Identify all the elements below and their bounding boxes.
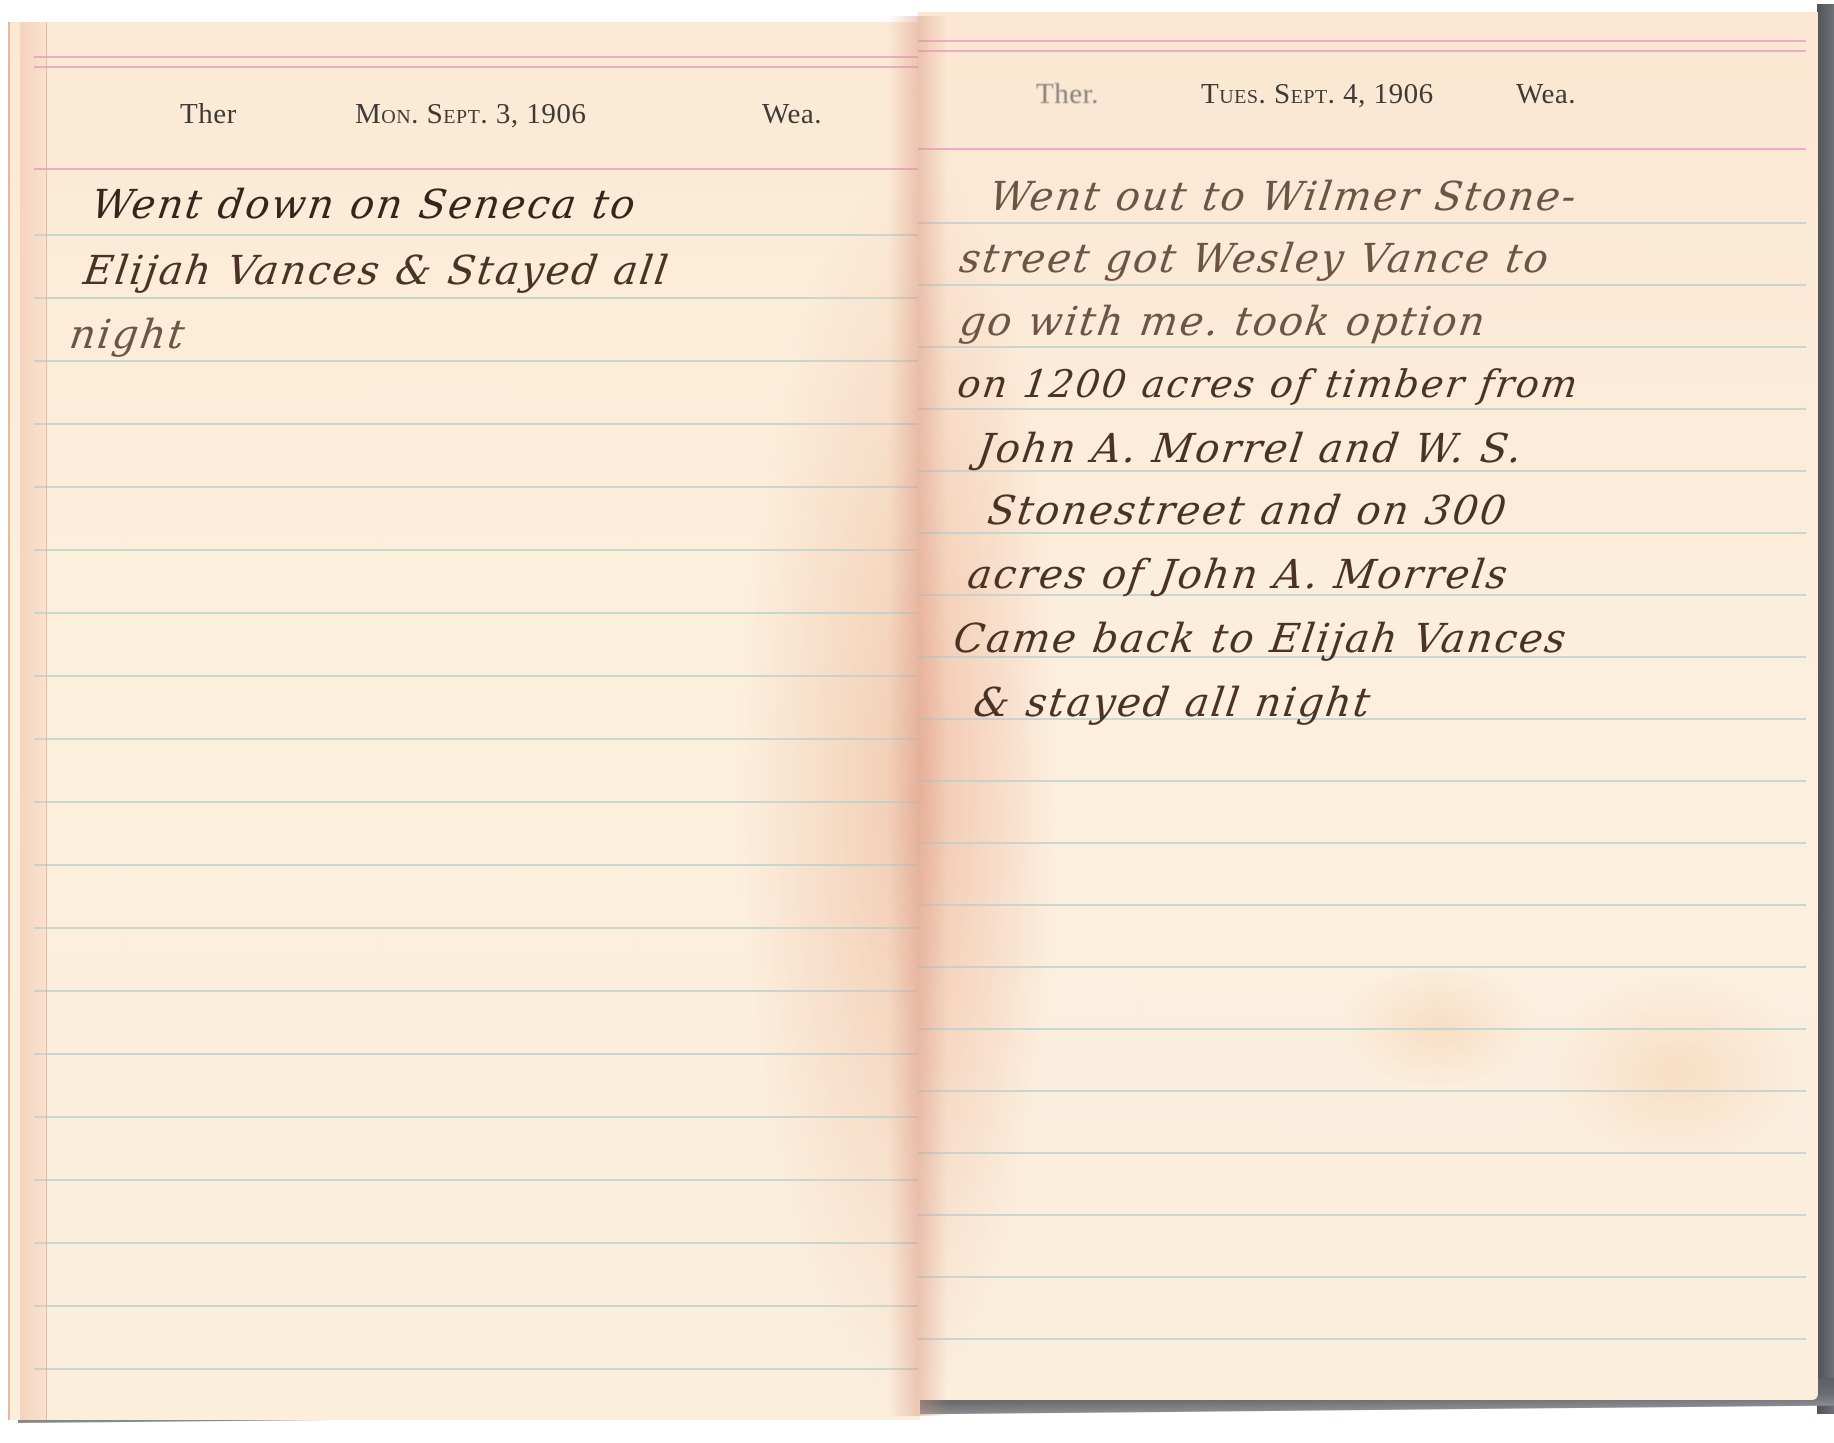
ruled-line — [34, 486, 920, 488]
ruled-line — [34, 927, 920, 929]
ther-label: Ther. — [1036, 78, 1099, 111]
ruled-line — [918, 842, 1806, 844]
diary-page-right: Ther. Tues. Sept. 4, 1906 Wea. Went out … — [918, 12, 1818, 1400]
header-rule-top-2 — [34, 66, 920, 68]
ruled-line — [34, 675, 920, 677]
ruled-line — [34, 234, 920, 236]
ruled-line — [34, 1179, 920, 1181]
ruled-line — [34, 423, 920, 425]
ruled-line — [34, 1305, 920, 1307]
ruled-line — [34, 1053, 920, 1055]
ruled-line — [34, 738, 920, 740]
entry-line: street got Wesley Vance to — [918, 236, 1818, 282]
entry-line: & stayed all night — [918, 680, 1818, 726]
ruled-line — [34, 864, 920, 866]
ther-label: Ther — [180, 98, 237, 131]
page-header: Ther Mon. Sept. 3, 1906 Wea. — [10, 98, 920, 138]
page-date: Tues. Sept. 4, 1906 — [1201, 78, 1434, 111]
entry-line: Went down on Seneca to — [8, 182, 920, 228]
ruled-line — [918, 780, 1806, 782]
page-date: Mon. Sept. 3, 1906 — [355, 98, 586, 131]
ruled-line — [918, 284, 1806, 286]
page-header: Ther. Tues. Sept. 4, 1906 Wea. — [918, 78, 1818, 118]
header-rule-top-1 — [918, 40, 1806, 42]
entry-line: Went out to Wilmer Stone- — [918, 174, 1818, 220]
entry-line: go with me. took option — [918, 299, 1818, 345]
entry-line: John A. Morrel and W. S. — [918, 426, 1818, 472]
entry-line: acres of John A. Morrels — [918, 552, 1818, 598]
entry-line: Stonestreet and on 300 — [918, 488, 1818, 534]
ruled-line — [34, 612, 920, 614]
entry-line: Came back to Elijah Vances — [918, 616, 1818, 662]
entry-line: night — [8, 312, 920, 358]
ruled-line — [34, 990, 920, 992]
ruled-line — [34, 1368, 920, 1370]
ruled-line — [34, 801, 920, 803]
ruled-line — [34, 360, 920, 362]
header-rule-top-2 — [918, 50, 1806, 52]
ruled-line — [918, 1338, 1806, 1340]
diary-spread: Ther Mon. Sept. 3, 1906 Wea. Went down o… — [8, 16, 1820, 1416]
ruled-line — [34, 297, 920, 299]
ruled-line — [918, 1090, 1806, 1092]
ruled-line — [918, 408, 1806, 410]
ruled-line — [918, 1152, 1806, 1154]
entry-line: Elijah Vances & Stayed all — [8, 248, 920, 294]
ruled-line — [918, 1028, 1806, 1030]
header-rule-bottom — [918, 148, 1806, 150]
ruled-line — [918, 1276, 1806, 1278]
wea-label: Wea. — [762, 98, 822, 131]
ruled-line — [34, 549, 920, 551]
ruled-line — [34, 1116, 920, 1118]
ruled-line — [918, 346, 1806, 348]
wea-label: Wea. — [1516, 78, 1576, 111]
header-rule-top-1 — [34, 56, 920, 58]
ruled-line — [918, 222, 1806, 224]
ruled-line — [918, 904, 1806, 906]
ruled-line — [918, 966, 1806, 968]
entry-line: on 1200 acres of timber from — [918, 362, 1818, 406]
diary-page-left: Ther Mon. Sept. 3, 1906 Wea. Went down o… — [8, 22, 920, 1420]
header-rule-bottom — [34, 168, 920, 170]
ruled-line — [918, 1214, 1806, 1216]
ruled-line — [34, 1242, 920, 1244]
